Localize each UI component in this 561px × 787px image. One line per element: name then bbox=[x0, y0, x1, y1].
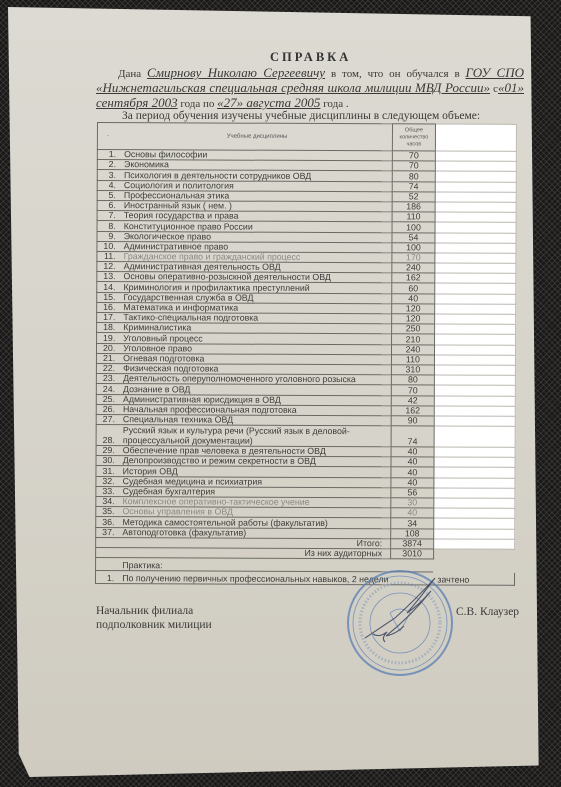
row-hours: 40 bbox=[391, 508, 434, 518]
redacted-cell bbox=[434, 508, 515, 519]
table-row: 28.Русский язык и культура речи (Русский… bbox=[96, 425, 515, 448]
redacted-cell bbox=[435, 253, 516, 264]
row-number: 9. bbox=[97, 231, 122, 241]
redacted-cell bbox=[435, 283, 516, 294]
row-hours: 186 bbox=[392, 202, 435, 212]
row-hours: 210 bbox=[392, 334, 435, 344]
redacted-cell bbox=[434, 365, 515, 376]
row-hours: 110 bbox=[392, 212, 435, 222]
row-number: 19. bbox=[97, 333, 122, 343]
redacted-cell bbox=[435, 182, 516, 193]
row-subject: Специальная техника ОВД bbox=[121, 414, 391, 425]
header-number: - bbox=[97, 123, 122, 150]
row-hours: 100 bbox=[392, 242, 435, 252]
header-subject: Учебные дисциплины bbox=[122, 123, 392, 151]
redacted-cell bbox=[434, 498, 515, 509]
row-number: 15. bbox=[97, 292, 122, 302]
stamp-icon bbox=[348, 571, 452, 675]
intro-middle: в том, что он обучался в bbox=[331, 68, 460, 80]
row-hours: 40 bbox=[391, 477, 434, 487]
row-number: 12. bbox=[97, 262, 122, 272]
redacted-cell bbox=[434, 406, 515, 417]
row-number: 32. bbox=[96, 476, 121, 486]
row-number: 16. bbox=[97, 302, 122, 312]
practice-number: 1. bbox=[95, 571, 120, 584]
institution-short: ГОУ СПО bbox=[466, 65, 524, 80]
row-hours: 310 bbox=[391, 365, 434, 375]
row-number: 21. bbox=[96, 353, 121, 363]
row-number: 3. bbox=[97, 170, 122, 180]
official-stamp bbox=[345, 568, 455, 678]
row-hours: 74 bbox=[391, 426, 434, 447]
redacted-cell bbox=[434, 395, 515, 406]
redacted-cell bbox=[435, 212, 516, 223]
to-prefix: по bbox=[203, 98, 214, 110]
position-line-2: подполковник милиции bbox=[96, 618, 212, 632]
row-hours: 56 bbox=[391, 488, 434, 498]
to-date: «27» августа 2005 bbox=[217, 95, 320, 110]
redacted-cell bbox=[434, 355, 515, 366]
row-number: 11. bbox=[97, 251, 122, 261]
row-number: 14. bbox=[97, 282, 122, 292]
row-number: 26. bbox=[96, 404, 121, 414]
document-title: СПРАВКА bbox=[270, 50, 351, 65]
redacted-cell bbox=[434, 334, 515, 345]
redacted-cell bbox=[434, 529, 515, 540]
period-text: За период обучения изучены учебные дисци… bbox=[122, 110, 480, 122]
row-number: 7. bbox=[97, 211, 122, 221]
row-number: 30. bbox=[96, 456, 121, 466]
row-number: 35. bbox=[96, 507, 121, 517]
redacted-cell bbox=[434, 467, 515, 478]
row-hours: 54 bbox=[392, 232, 435, 242]
subjects-table: - Учебные дисциплины Общее количество ча… bbox=[95, 122, 517, 586]
row-hours: 70 bbox=[392, 161, 435, 171]
row-number: 2. bbox=[97, 160, 122, 170]
row-number: 36. bbox=[96, 517, 121, 527]
redacted-cell bbox=[435, 263, 516, 274]
redacted-cell bbox=[434, 416, 515, 427]
row-number: 34. bbox=[96, 496, 121, 506]
row-number: 18. bbox=[97, 323, 122, 333]
redacted-cell bbox=[435, 304, 516, 315]
redacted-cell bbox=[435, 324, 516, 335]
institution-full: «Нижнетагильская специальная средняя шко… bbox=[96, 80, 490, 95]
redacted-cell bbox=[434, 539, 515, 550]
year-word-2: года . bbox=[323, 98, 348, 110]
redacted-cell bbox=[435, 314, 516, 325]
row-number: 17. bbox=[97, 313, 122, 323]
redacted-cell bbox=[435, 273, 516, 284]
row-hours: 80 bbox=[391, 375, 434, 385]
row-hours: 120 bbox=[392, 314, 435, 324]
row-hours: 60 bbox=[392, 283, 435, 293]
row-hours: 30 bbox=[391, 498, 434, 508]
row-subject: Автоподготовка (факультатив) bbox=[120, 527, 390, 538]
redacted-cell bbox=[434, 345, 515, 356]
redacted-cell bbox=[434, 447, 515, 458]
row-hours: 74 bbox=[392, 181, 435, 191]
redacted-cell bbox=[434, 375, 515, 386]
row-number: 22. bbox=[96, 363, 121, 373]
redacted-cell bbox=[434, 457, 515, 468]
redacted-cell bbox=[435, 294, 516, 305]
row-hours: 42 bbox=[391, 395, 434, 405]
row-number: 25. bbox=[96, 394, 121, 404]
row-hours: 250 bbox=[392, 324, 435, 334]
redacted-cell bbox=[435, 151, 516, 162]
row-number: 31. bbox=[96, 466, 121, 476]
given-prefix: Дана bbox=[118, 68, 141, 80]
row-number: 6. bbox=[97, 200, 122, 210]
row-number: 5. bbox=[97, 190, 122, 200]
row-hours: 52 bbox=[392, 192, 435, 202]
redacted-cell bbox=[434, 488, 515, 499]
recipient-name: Смирнову Николаю Сергеевичу bbox=[147, 65, 325, 80]
empty-cell bbox=[96, 558, 121, 571]
row-hours: 170 bbox=[392, 253, 435, 263]
row-number: 8. bbox=[97, 221, 122, 231]
row-hours: 70 bbox=[392, 151, 435, 161]
row-hours: 240 bbox=[392, 263, 435, 273]
row-hours: 70 bbox=[391, 385, 434, 395]
redacted-cell bbox=[435, 222, 516, 233]
row-number: 27. bbox=[96, 414, 121, 424]
row-hours: 90 bbox=[391, 416, 434, 426]
signatory-name: С.В. Клаузер bbox=[456, 606, 519, 618]
auditory-hours: 3010 bbox=[391, 549, 434, 559]
row-number: 23. bbox=[96, 374, 121, 384]
row-hours: 40 bbox=[392, 293, 435, 303]
from-month-year: сентября 2003 bbox=[96, 95, 178, 110]
row-hours: 108 bbox=[391, 528, 434, 538]
signature-icon bbox=[365, 578, 435, 642]
row-number: 28. bbox=[96, 425, 121, 446]
redacted-cell bbox=[435, 232, 516, 243]
intro-paragraph: Дана Смирнову Николаю Сергеевичу в том, … bbox=[96, 66, 524, 111]
header-hours: Общее количество часов bbox=[392, 124, 435, 151]
from-day: «01» bbox=[498, 80, 524, 95]
row-hours: 162 bbox=[392, 273, 435, 283]
practice-description: По получению первичных профессиональных … bbox=[122, 573, 347, 584]
total-hours: 3874 bbox=[391, 539, 434, 549]
empty-cell bbox=[434, 549, 515, 560]
row-subject: Русский язык и культура речи (Русский яз… bbox=[121, 425, 391, 447]
row-number: 29. bbox=[96, 446, 121, 456]
redacted-cell bbox=[434, 518, 515, 529]
redacted-column bbox=[435, 124, 516, 151]
year-word-1: года bbox=[180, 98, 200, 110]
row-hours: 120 bbox=[392, 304, 435, 314]
row-hours: 162 bbox=[391, 405, 434, 415]
redacted-cell bbox=[435, 243, 516, 254]
redacted-cell bbox=[434, 426, 515, 447]
row-number: 33. bbox=[96, 486, 121, 496]
row-number: 4. bbox=[97, 180, 122, 190]
redacted-cell bbox=[435, 171, 516, 182]
row-hours: 110 bbox=[391, 355, 434, 365]
row-number: 37. bbox=[96, 527, 121, 537]
redacted-cell bbox=[434, 478, 515, 489]
redacted-cell bbox=[434, 385, 515, 396]
row-hours: 34 bbox=[391, 518, 434, 528]
row-hours: 40 bbox=[391, 447, 434, 457]
row-number: 1. bbox=[97, 150, 122, 160]
row-hours: 240 bbox=[392, 344, 435, 354]
table-header-row: - Учебные дисциплины Общее количество ча… bbox=[97, 123, 516, 152]
redacted-cell bbox=[435, 192, 516, 203]
row-number: 20. bbox=[96, 343, 121, 353]
row-hours: 80 bbox=[392, 171, 435, 181]
row-hours: 100 bbox=[392, 222, 435, 232]
row-number: 13. bbox=[97, 272, 122, 282]
row-number: 10. bbox=[97, 241, 122, 251]
row-hours: 40 bbox=[391, 467, 434, 477]
redacted-cell bbox=[435, 202, 516, 213]
signatory-position: Начальник филиала подполковник милиции bbox=[96, 604, 212, 632]
row-hours: 40 bbox=[391, 457, 434, 467]
redacted-cell bbox=[435, 161, 516, 172]
row-number: 24. bbox=[96, 384, 121, 394]
position-line-1: Начальник филиала bbox=[96, 604, 212, 618]
